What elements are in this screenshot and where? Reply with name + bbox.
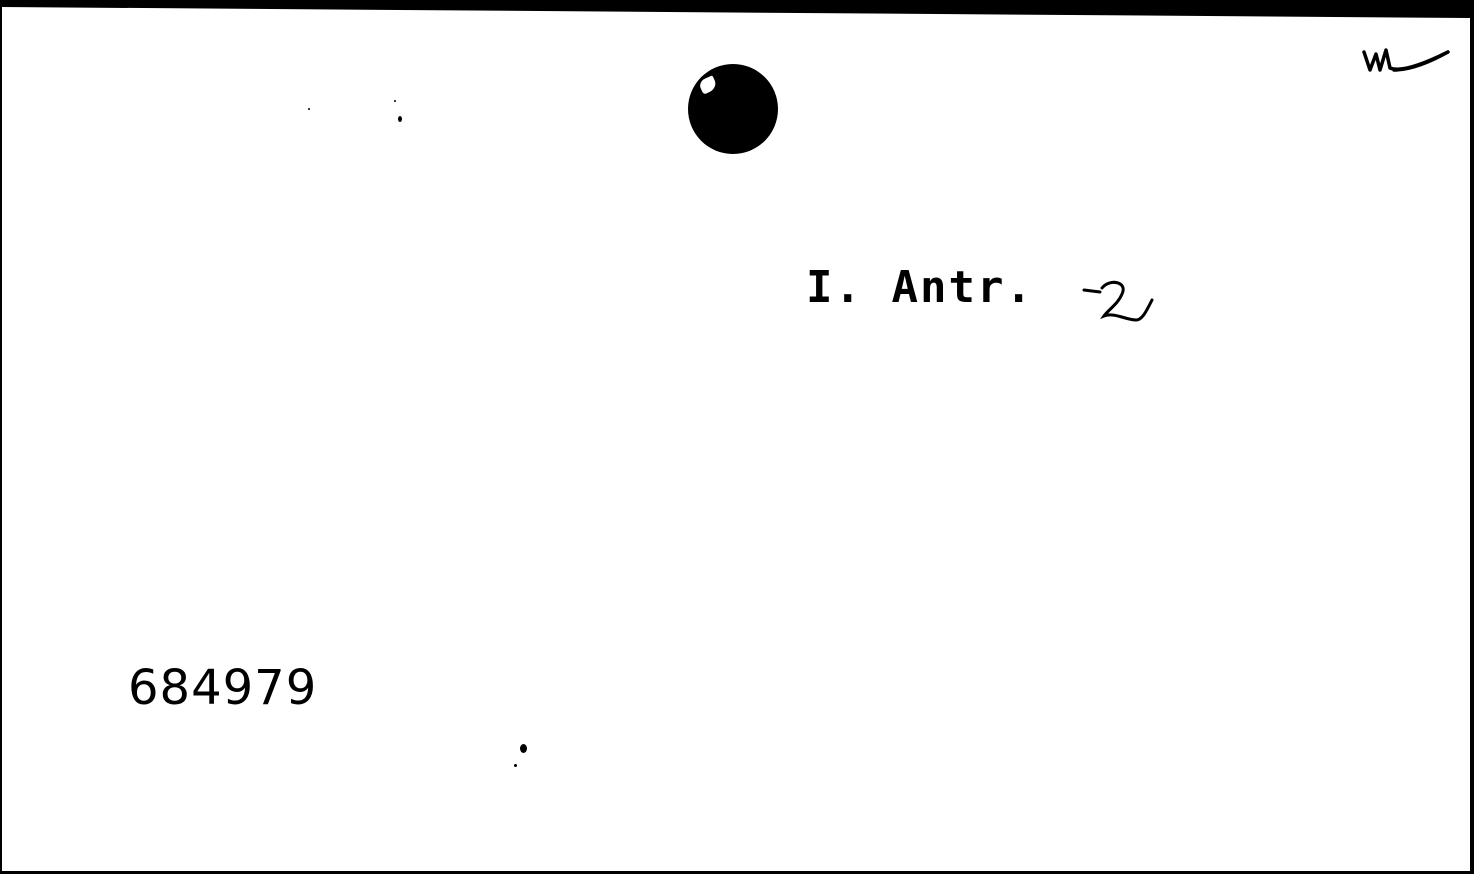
handwritten-suffix-mark: -2 <box>1080 276 1160 326</box>
handwritten-initials: W <box>1360 40 1452 80</box>
card-heading: I. Antr. <box>806 262 1034 313</box>
punch-hole <box>688 64 778 154</box>
ink-speck <box>514 764 517 767</box>
ink-speck <box>308 108 310 110</box>
ink-speck <box>394 100 396 102</box>
record-number: 684979 <box>128 660 317 716</box>
ink-speck <box>398 116 402 122</box>
ink-speck <box>520 744 527 753</box>
scan-right-edge <box>1470 0 1474 874</box>
